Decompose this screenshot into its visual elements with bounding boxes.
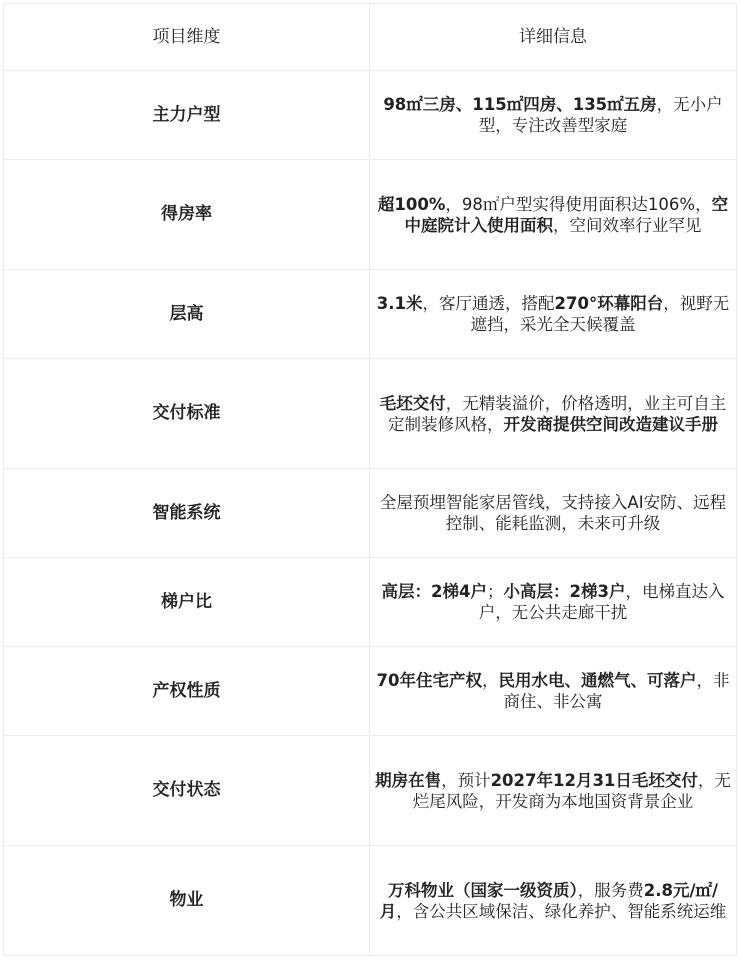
detail-text: ，服务费: [578, 881, 644, 900]
row-detail-text: 98㎡三房、115㎡四房、135㎡五房，无小户型，专注改善型家庭: [370, 71, 737, 160]
row-detail-text: 全屋预埋智能家居管线，支持接入AI安防、远程控制、能耗监测，未来可升级: [370, 469, 737, 558]
project-info-table: 项目维度 详细信息 主力户型98㎡三房、115㎡四房、135㎡五房，无小户型，专…: [3, 3, 737, 956]
table-body: 主力户型98㎡三房、115㎡四房、135㎡五房，无小户型，专注改善型家庭得房率超…: [4, 71, 737, 956]
detail-highlight: 270°环幕阳台: [555, 294, 664, 313]
project-info-table-container: 项目维度 详细信息 主力户型98㎡三房、115㎡四房、135㎡五房，无小户型，专…: [3, 3, 736, 956]
table-row: 交付标准毛坯交付，无精装溢价，价格透明，业主可自主定制装修风格，开发商提供空间改…: [4, 359, 737, 469]
row-detail-text: 期房在售，预计2027年12月31日毛坯交付，无烂尾风险，开发商为本地国资背景企…: [370, 736, 737, 846]
row-detail-text: 万科物业（国家一级资质），服务费2.8元/㎡/月，含公共区域保洁、绿化养护、智能…: [370, 846, 737, 956]
detail-highlight: 超100%: [378, 195, 445, 214]
row-detail-text: 高层：2梯4户；小高层：2梯3户，电梯直达入户，无公共走廊干扰: [370, 558, 737, 647]
row-dimension-label: 主力户型: [4, 71, 370, 160]
detail-highlight: 高层：2梯4户: [382, 582, 487, 601]
detail-highlight: 毛坯交付: [380, 394, 446, 413]
table-row: 得房率超100%，98㎡户型实得使用面积达106%，空中庭院计入使用面积，空间效…: [4, 160, 737, 270]
table-row: 物业万科物业（国家一级资质），服务费2.8元/㎡/月，含公共区域保洁、绿化养护、…: [4, 846, 737, 956]
row-dimension-label: 层高: [4, 270, 370, 359]
table-row: 主力户型98㎡三房、115㎡四房、135㎡五房，无小户型，专注改善型家庭: [4, 71, 737, 160]
detail-text: ，客厅通透，搭配: [423, 294, 555, 313]
detail-highlight: 民用水电、通燃气、可落户: [498, 671, 696, 690]
row-dimension-label: 交付状态: [4, 736, 370, 846]
detail-text: ，空间效率行业罕见: [553, 216, 702, 235]
row-dimension-label: 交付标准: [4, 359, 370, 469]
table-row: 交付状态期房在售，预计2027年12月31日毛坯交付，无烂尾风险，开发商为本地国…: [4, 736, 737, 846]
table-row: 层高3.1米，客厅通透，搭配270°环幕阳台，视野无遮挡，采光全天候覆盖: [4, 270, 737, 359]
detail-text: ，: [482, 671, 499, 690]
row-detail-text: 3.1米，客厅通透，搭配270°环幕阳台，视野无遮挡，采光全天候覆盖: [370, 270, 737, 359]
detail-text: ，含公共区域保洁、绿化养护、智能系统运维: [396, 902, 726, 921]
table-row: 产权性质70年住宅产权，民用水电、通燃气、可落户，非商住、非公寓: [4, 647, 737, 736]
detail-highlight: 3.1米: [377, 294, 423, 313]
row-dimension-label: 得房率: [4, 160, 370, 270]
detail-text: 全屋预埋智能家居管线，支持接入AI安防、远程控制、能耗监测，未来可升级: [380, 493, 726, 533]
row-dimension-label: 梯户比: [4, 558, 370, 647]
detail-highlight: 2027年12月31日毛坯交付: [491, 771, 698, 790]
row-detail-text: 超100%，98㎡户型实得使用面积达106%，空中庭院计入使用面积，空间效率行业…: [370, 160, 737, 270]
detail-text: ；: [487, 582, 504, 601]
detail-text: ，98㎡户型实得使用面积达106%，: [445, 195, 711, 214]
detail-highlight: 98㎡三房、115㎡四房、135㎡五房: [383, 95, 656, 114]
row-detail-text: 70年住宅产权，民用水电、通燃气、可落户，非商住、非公寓: [370, 647, 737, 736]
detail-highlight: 开发商提供空间改造建议手册: [504, 415, 719, 434]
detail-highlight: 70年住宅产权: [377, 671, 482, 690]
detail-highlight: 期房在售: [375, 771, 441, 790]
row-dimension-label: 产权性质: [4, 647, 370, 736]
detail-text: ，预计: [441, 771, 491, 790]
table-row: 梯户比高层：2梯4户；小高层：2梯3户，电梯直达入户，无公共走廊干扰: [4, 558, 737, 647]
header-dimension: 项目维度: [4, 4, 370, 71]
row-detail-text: 毛坯交付，无精装溢价，价格透明，业主可自主定制装修风格，开发商提供空间改造建议手…: [370, 359, 737, 469]
row-dimension-label: 智能系统: [4, 469, 370, 558]
row-dimension-label: 物业: [4, 846, 370, 956]
header-detail: 详细信息: [370, 4, 737, 71]
detail-highlight: 小高层：2梯3户: [504, 582, 626, 601]
table-header-row: 项目维度 详细信息: [4, 4, 737, 71]
table-row: 智能系统全屋预埋智能家居管线，支持接入AI安防、远程控制、能耗监测，未来可升级: [4, 469, 737, 558]
detail-highlight: 万科物业（国家一级资质）: [388, 881, 578, 900]
